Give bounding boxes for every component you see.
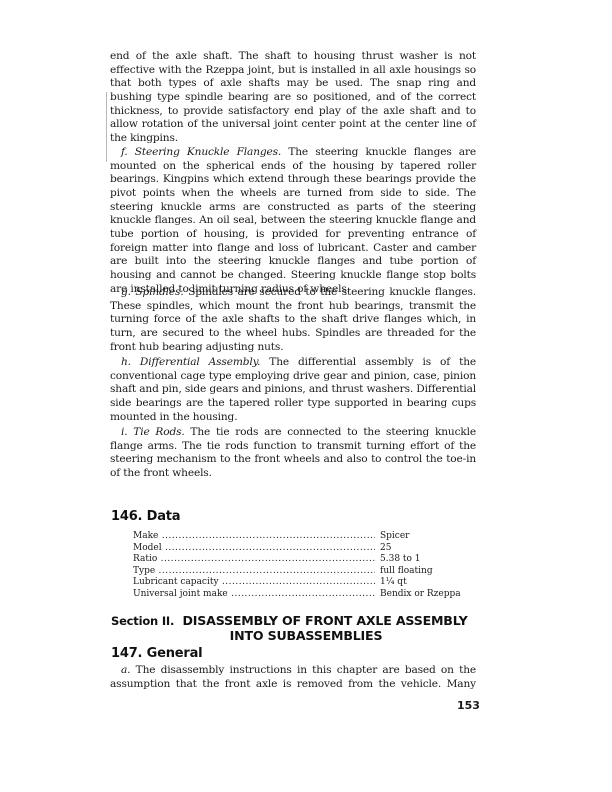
data-value: Bendix or Rzeppa: [380, 589, 461, 601]
data-label: Universal joint make: [133, 589, 375, 601]
data-row: MakeSpicer: [133, 531, 483, 543]
section-heading: Section II. DISASSEMBLY OF FRONT AXLE AS…: [111, 614, 481, 643]
section-label: Section II.: [111, 614, 174, 628]
paragraph-steering-knuckle-flanges: f. Steering Knuckle Flanges. The steerin…: [110, 146, 476, 296]
data-value: full floating: [380, 566, 433, 578]
data-value: Spicer: [380, 531, 409, 543]
data-value: 1¼ qt: [380, 577, 407, 589]
data-row: Lubricant capacity1¼ qt: [133, 577, 483, 589]
page-number: 153: [457, 699, 480, 712]
general-section-heading: 147. General: [111, 646, 202, 661]
data-row: Model25: [133, 543, 483, 555]
section-title-line2: INTO SUBASSEMBLIES: [111, 629, 481, 644]
paragraph-differential-assembly: h. Differential Assembly. The differenti…: [110, 356, 476, 424]
paragraph-spindles: g. Spindles. Spindles are secured to the…: [110, 286, 476, 354]
data-label: Lubricant capacity: [133, 577, 375, 589]
margin-mark: [106, 92, 107, 162]
data-section-heading: 146. Data: [111, 509, 180, 524]
data-value: 25: [380, 543, 391, 555]
data-label: Type: [133, 566, 375, 578]
paragraph-text: The disassembly instructions in this cha…: [110, 664, 476, 690]
paragraph-text: end of the axle shaft. The shaft to hous…: [110, 50, 476, 146]
paragraph-label: h. Differential Assembly.: [121, 356, 260, 368]
paragraph-label: i. Tie Rods.: [121, 426, 185, 438]
paragraph-label: f. Steering Knuckle Flanges.: [121, 146, 281, 158]
data-label: Make: [133, 531, 375, 543]
data-row: Universal joint makeBendix or Rzeppa: [133, 589, 483, 601]
data-label: Ratio: [133, 554, 375, 566]
data-label: Model: [133, 543, 375, 555]
data-row: Typefull floating: [133, 566, 483, 578]
section-title-line1: DISASSEMBLY OF FRONT AXLE ASSEMBLY: [183, 613, 468, 628]
paragraph-label: a.: [121, 664, 130, 676]
paragraph-text: The steering knuckle flanges are mounted…: [110, 146, 476, 295]
continuation-paragraph: end of the axle shaft. The shaft to hous…: [110, 50, 476, 146]
paragraph-general: a. The disassembly instructions in this …: [110, 664, 476, 691]
document-page: end of the axle shaft. The shaft to hous…: [0, 0, 612, 792]
paragraph-label: g. Spindles.: [121, 286, 184, 298]
data-table: MakeSpicer Model25 Ratio5.38 to 1 Typefu…: [133, 531, 483, 601]
data-value: 5.38 to 1: [380, 554, 421, 566]
paragraph-tie-rods: i. Tie Rods. The tie rods are connected …: [110, 426, 476, 481]
data-row: Ratio5.38 to 1: [133, 554, 483, 566]
